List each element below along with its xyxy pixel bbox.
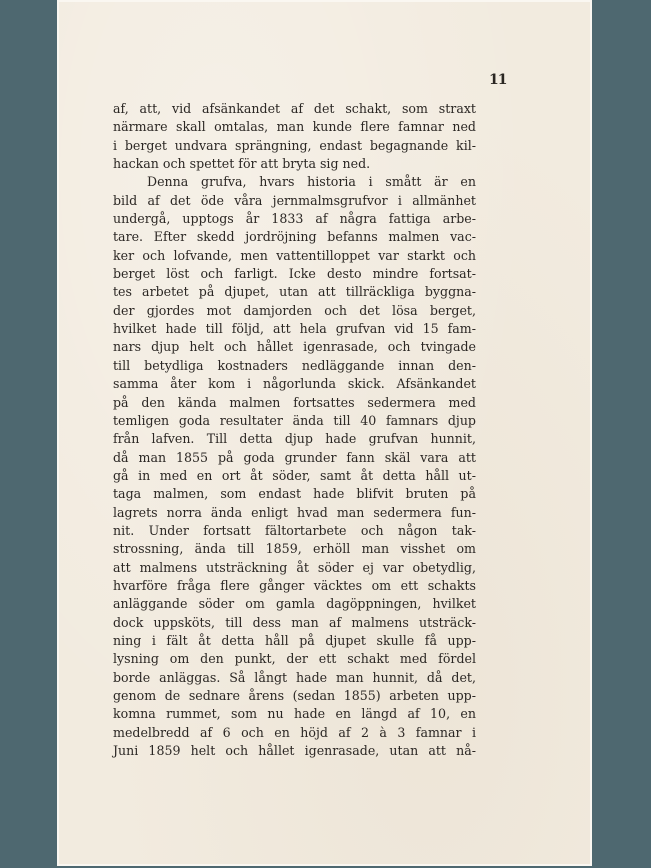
text-line: genom de sednare årens (sedan 1855) arbe… — [113, 687, 476, 705]
text-line: borde anläggas. Så långt hade man hunnit… — [113, 669, 476, 687]
text-line: dock uppsköts, till dess man af malmens … — [113, 614, 476, 632]
text-line: temligen goda resultater ända till 40 fa… — [113, 412, 476, 430]
text-line: nars djup helt och hållet igenrasade, oc… — [113, 338, 476, 356]
text-line: tes arbetet på djupet, utan att tillräck… — [113, 283, 476, 301]
text-line: ker och lofvande, men vattentilloppet va… — [113, 247, 476, 265]
text-line: Denna grufva, hvars historia i smått är … — [113, 173, 476, 191]
text-line: närmare skall omtalas, man kunde flere f… — [113, 118, 476, 136]
text-line: på den kända malmen fortsattes sedermera… — [113, 394, 476, 412]
text-line: strossning, ända till 1859, erhöll man v… — [113, 540, 476, 558]
text-line: der gjordes mot damjorden och det lösa b… — [113, 302, 476, 320]
text-line: tare. Efter skedd jordröjning befanns ma… — [113, 228, 476, 246]
text-line: ning i fält åt detta håll på djupet skul… — [113, 632, 476, 650]
text-line: gå in med en ort åt söder, samt åt detta… — [113, 467, 476, 485]
text-line: lysning om den punkt, der ett schakt med… — [113, 650, 476, 668]
text-line: då man 1855 på goda grunder fann skäl va… — [113, 449, 476, 467]
text-line: af, att, vid afsänkandet af det schakt, … — [113, 100, 476, 118]
text-line: lagrets norra ända enligt hvad man seder… — [113, 504, 476, 522]
text-line: hvarföre fråga flere gånger väcktes om e… — [113, 577, 476, 595]
book-page: 11 af, att, vid afsänkandet af det schak… — [57, 0, 592, 866]
text-line: Juni 1859 helt och hållet igenrasade, ut… — [113, 742, 476, 760]
text-line: komna rummet, som nu hade en längd af 10… — [113, 705, 476, 723]
text-line: anläggande söder om gamla dagöppningen, … — [113, 595, 476, 613]
text-line: i berget undvara sprängning, endast bega… — [113, 137, 476, 155]
text-line: hackan och spettet för att bryta sig ned… — [113, 155, 476, 173]
text-line: hvilket hade till följd, att hela grufva… — [113, 320, 476, 338]
text-line: från lafven. Till detta djup hade grufva… — [113, 430, 476, 448]
text-line: att malmens utsträckning åt söder ej var… — [113, 559, 476, 577]
text-line: berget löst och farligt. Icke desto mind… — [113, 265, 476, 283]
text-line: till betydliga kostnaders nedläggande in… — [113, 357, 476, 375]
text-line: samma åter kom i någorlunda skick. Afsän… — [113, 375, 476, 393]
text-line: undergå, upptogs år 1833 af några fattig… — [113, 210, 476, 228]
text-line: taga malmen, som endast hade blifvit bru… — [113, 485, 476, 503]
text-line: nit. Under fortsatt fältortarbete och nå… — [113, 522, 476, 540]
text-line: bild af det öde våra jernmalmsgrufvor i … — [113, 192, 476, 210]
body-text: af, att, vid afsänkandet af det schakt, … — [113, 100, 476, 760]
page-number: 11 — [489, 72, 506, 88]
text-line: medelbredd af 6 och en höjd af 2 à 3 fam… — [113, 724, 476, 742]
